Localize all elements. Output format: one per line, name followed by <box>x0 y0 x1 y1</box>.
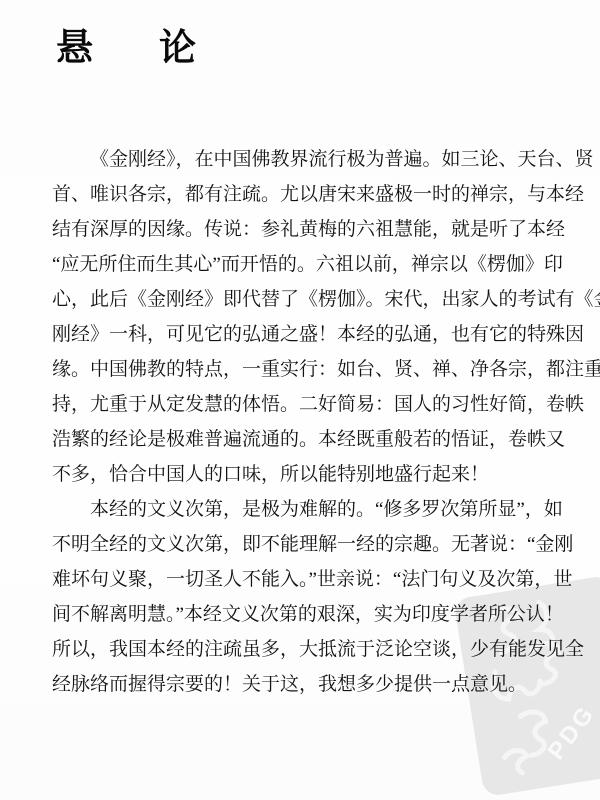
text-line: 首、唯识各宗，都有注疏。尤以唐宋来盛极一时的禅宗，与本经 <box>52 177 558 212</box>
body-text: 《金刚经》，在中国佛教界流行极为普遍。如三论、天台、贤 首、唯识各宗，都有注疏。… <box>52 142 558 702</box>
text-line: “应无所住而生其心”而开悟的。六祖以前，禅宗以《楞伽》印 <box>52 247 558 282</box>
text-line: 持，尤重于从定发慧的体悟。二好简易：国人的习性好简，卷帙 <box>52 387 558 422</box>
text-line: 本经的文义次第，是极为难解的。“修多罗次第所显”，如 <box>52 492 558 527</box>
text-line: 浩繁的经论是极难普遍流通的。本经既重般若的悟证，卷帙又 <box>52 422 558 457</box>
text-line: 心，此后《金刚经》即代替了《楞伽》。宋代，出家人的考试有《金 <box>52 282 558 317</box>
text-line: 结有深厚的因缘。传说：参礼黄梅的六祖慧能，就是听了本经 <box>52 212 558 247</box>
text-line: 不多，恰合中国人的口味，所以能特别地盛行起来！ <box>52 457 558 492</box>
text-line: 缘。中国佛教的特点，一重实行：如台、贤、禅、净各宗，都注重行 <box>52 352 558 387</box>
text-line: 间不解离明慧。”本经文义次第的艰深，实为印度学者所公认！ <box>52 597 558 632</box>
page-title: 悬论 <box>56 26 262 70</box>
scanned-book-page: 悬论 《金刚经》，在中国佛教界流行极为普遍。如三论、天台、贤 首、唯识各宗，都有… <box>0 0 600 800</box>
text-line: 《金刚经》，在中国佛教界流行极为普遍。如三论、天台、贤 <box>52 142 558 177</box>
text-line: 所以，我国本经的注疏虽多，大抵流于泛论空谈，少有能发见全 <box>52 632 558 667</box>
text-line: 不明全经的文义次第，即不能理解一经的宗趣。无著说：“金刚 <box>52 527 558 562</box>
text-line: 难坏句义聚，一切圣人不能入。”世亲说：“法门句义及次第，世 <box>52 562 558 597</box>
text-line: 刚经》一科，可见它的弘通之盛！本经的弘通，也有它的特殊因 <box>52 317 558 352</box>
text-line: 经脉络而握得宗要的！关于这，我想多少提供一点意见。 <box>52 667 558 702</box>
